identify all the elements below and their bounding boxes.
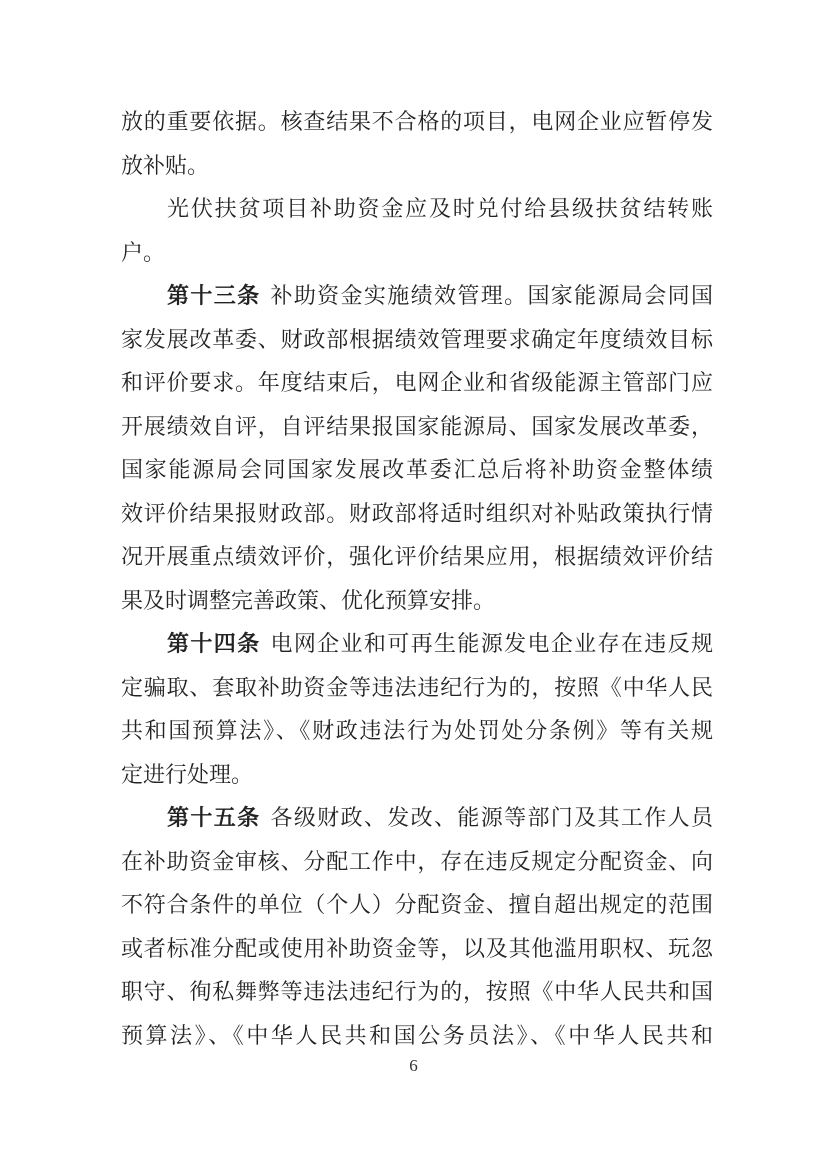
text-run: 在补助资金审核、分配工作中，存在违反规定分配资金、向 [121,849,713,874]
text-line: 第十四条电网企业和可再生能源发电企业存在违反规 [121,622,713,666]
text-line: 在补助资金审核、分配工作中，存在违反规定分配资金、向 [121,840,713,884]
text-run: 定进行处理。 [121,762,253,787]
text-run: 补助资金实施绩效管理。国家能源局会同国 [270,283,713,308]
text-run: 效评价结果报财政部。财政部将适时组织对补贴政策执行情 [121,501,713,526]
text-line: 不符合条件的单位（个人）分配资金、擅自超出规定的范围 [121,883,713,927]
document-body: 放的重要依据。核查结果不合格的项目，电网企业应暂停发放补贴。光伏扶贫项目补助资金… [121,100,713,1057]
text-run: 预算法》、《中华人民共和国公务员法》、《中华人民共和 [121,1023,713,1048]
text-line: 定进行处理。 [121,753,713,797]
article-heading: 第十五条 [167,805,260,830]
page-number: 6 [0,1056,827,1076]
text-run: 各级财政、发改、能源等部门及其工作人员 [270,805,713,830]
article-heading: 第十四条 [167,631,260,656]
text-line: 放的重要依据。核查结果不合格的项目，电网企业应暂停发 [121,100,713,144]
document-page: 放的重要依据。核查结果不合格的项目，电网企业应暂停发放补贴。光伏扶贫项目补助资金… [0,0,827,1169]
text-line: 定骗取、套取补助资金等违法违纪行为的，按照《中华人民 [121,666,713,710]
text-run: 和评价要求。年度结束后，电网企业和省级能源主管部门应 [121,370,713,395]
text-run: 放的重要依据。核查结果不合格的项目，电网企业应暂停发 [121,109,713,134]
text-line: 果及时调整完善政策、优化预算安排。 [121,579,713,623]
text-line: 职守、徇私舞弊等违法违纪行为的，按照《中华人民共和国 [121,970,713,1014]
text-run: 果及时调整完善政策、优化预算安排。 [121,588,495,613]
text-line: 家发展改革委、财政部根据绩效管理要求确定年度绩效目标 [121,318,713,362]
text-run: 不符合条件的单位（个人）分配资金、擅自超出规定的范围 [121,892,713,917]
text-line: 第十五条各级财政、发改、能源等部门及其工作人员 [121,796,713,840]
text-line: 第十三条补助资金实施绩效管理。国家能源局会同国 [121,274,713,318]
text-line: 光伏扶贫项目补助资金应及时兑付给县级扶贫结转账 [121,187,713,231]
text-line: 效评价结果报财政部。财政部将适时组织对补贴政策执行情 [121,492,713,536]
text-run: 户。 [121,240,165,265]
text-line: 国家能源局会同国家发展改革委汇总后将补助资金整体绩 [121,448,713,492]
text-run: 放补贴。 [121,153,209,178]
text-run: 定骗取、套取补助资金等违法违纪行为的，按照《中华人民 [121,675,713,700]
text-run: 或者标准分配或使用补助资金等，以及其他滥用职权、玩忽 [121,936,713,961]
text-line: 户。 [121,231,713,275]
text-line: 放补贴。 [121,144,713,188]
text-line: 和评价要求。年度结束后，电网企业和省级能源主管部门应 [121,361,713,405]
text-run: 家发展改革委、财政部根据绩效管理要求确定年度绩效目标 [121,327,713,352]
text-line: 况开展重点绩效评价，强化评价结果应用，根据绩效评价结 [121,535,713,579]
text-run: 光伏扶贫项目补助资金应及时兑付给县级扶贫结转账 [167,196,713,221]
text-line: 共和国预算法》、《财政违法行为处罚处分条例》等有关规 [121,709,713,753]
text-run: 电网企业和可再生能源发电企业存在违反规 [270,631,713,656]
article-heading: 第十三条 [167,283,260,308]
text-line: 或者标准分配或使用补助资金等，以及其他滥用职权、玩忽 [121,927,713,971]
text-run: 职守、徇私舞弊等违法违纪行为的，按照《中华人民共和国 [121,979,713,1004]
text-run: 国家能源局会同国家发展改革委汇总后将补助资金整体绩 [121,457,713,482]
text-line: 预算法》、《中华人民共和国公务员法》、《中华人民共和 [121,1014,713,1058]
text-run: 况开展重点绩效评价，强化评价结果应用，根据绩效评价结 [121,544,713,569]
text-run: 开展绩效自评，自评结果报国家能源局、国家发展改革委， [121,414,713,439]
text-line: 开展绩效自评，自评结果报国家能源局、国家发展改革委， [121,405,713,449]
text-run: 共和国预算法》、《财政违法行为处罚处分条例》等有关规 [121,718,713,743]
